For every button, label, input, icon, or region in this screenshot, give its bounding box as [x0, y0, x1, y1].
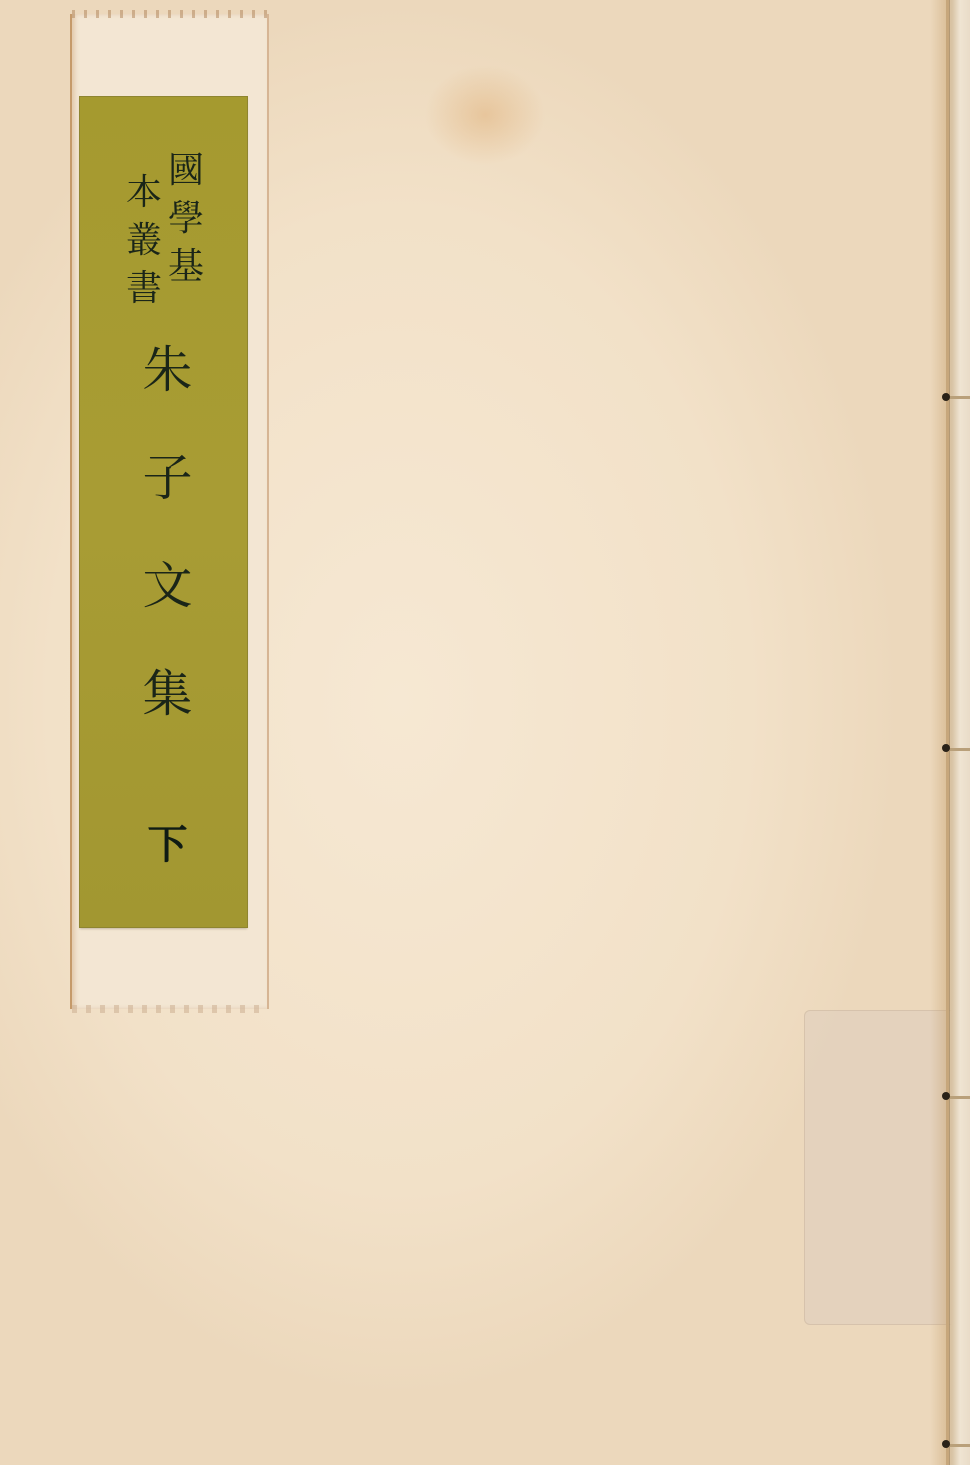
volume-marker: 下 [80, 825, 247, 865]
stitch-loop [950, 396, 970, 399]
series-char: 書 [126, 265, 162, 313]
stitch-loop [950, 1096, 970, 1099]
binding-thread [946, 0, 949, 1465]
series-char: 學 [168, 195, 204, 243]
series-char: 基 [168, 243, 204, 291]
title-char: 集 [135, 669, 193, 719]
stitch-hole-icon [942, 1092, 950, 1100]
stitch-hole-icon [942, 744, 950, 752]
title-label: 國 學 基 本 叢 書 朱 子 文 集 下 [80, 97, 247, 927]
title-char: 子 [135, 453, 193, 503]
series-char: 本 [126, 169, 162, 217]
book-cover: 國 學 基 本 叢 書 朱 子 文 集 下 [0, 0, 970, 1465]
stitch-hole-icon [942, 1440, 950, 1448]
stitch-loop [950, 1444, 970, 1447]
binding-edge [930, 0, 970, 1465]
series-char: 叢 [126, 217, 162, 265]
title-char: 文 [135, 561, 193, 611]
title-char: 朱 [135, 345, 193, 395]
stitch-hole-icon [942, 393, 950, 401]
book-title: 朱 子 文 集 [80, 345, 247, 777]
series-char: 國 [168, 147, 204, 195]
stitch-loop [950, 748, 970, 751]
